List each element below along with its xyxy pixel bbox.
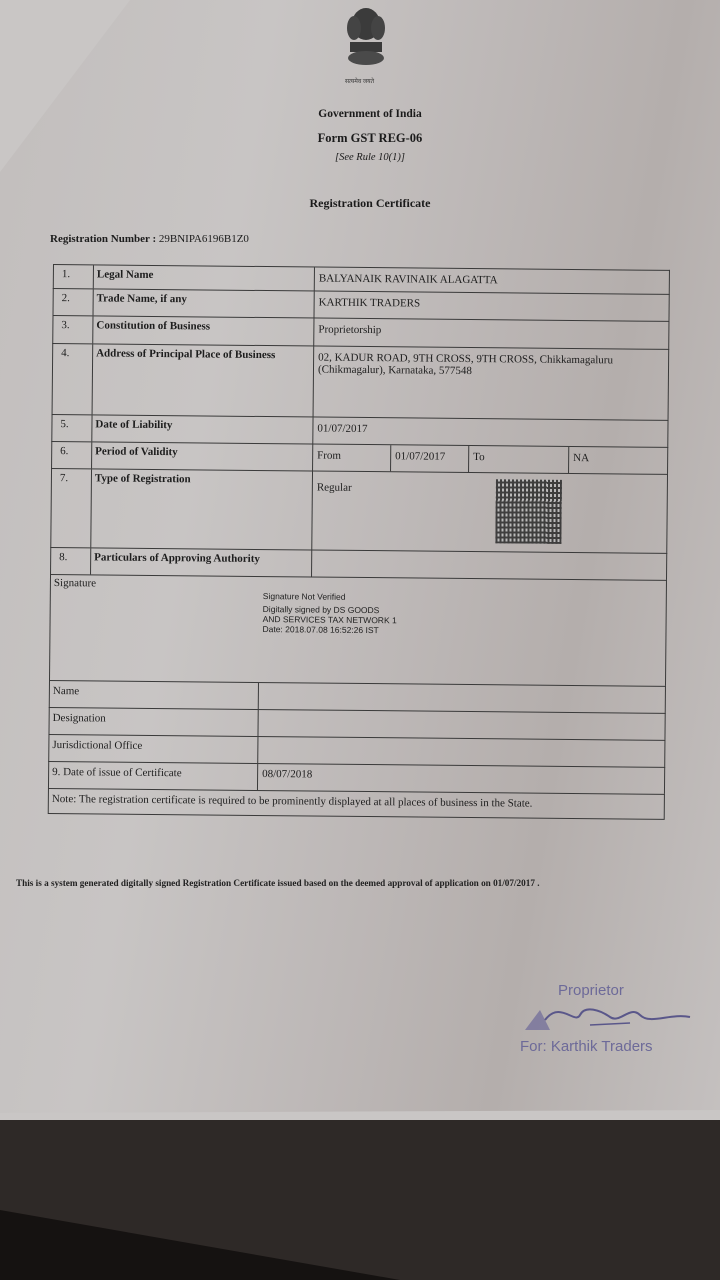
address-value: 02, KADUR ROAD, 9TH CROSS, 9TH CROSS, Ch… <box>314 347 669 420</box>
row-number: 8. <box>51 548 91 574</box>
jurisdictional-office-value <box>258 737 664 767</box>
row-label: Constitution of Business <box>93 316 314 345</box>
issue-date-value: 08/07/2018 <box>258 764 664 794</box>
rule-reference: [See Rule 10(1)] <box>0 152 720 163</box>
row-number: 2. <box>54 289 94 315</box>
issue-date-label: 9. Date of issue of Certificate <box>49 762 258 790</box>
designation-value <box>258 710 664 740</box>
registration-number-value: 29BNIPA6196B1Z0 <box>159 233 249 245</box>
signature-status: Signature Not Verified <box>263 591 397 602</box>
validity-to-label: To <box>469 446 569 473</box>
signature-box: Signature Signature Not Verified Digital… <box>49 574 667 686</box>
stamp-company: For: Karthik Traders <box>520 1038 653 1055</box>
row-label: Date of Liability <box>92 415 313 443</box>
registration-number-label: Registration Number : <box>50 233 156 245</box>
signature-label: Signature <box>54 577 96 589</box>
national-emblem-icon <box>340 4 392 74</box>
row-number: 3. <box>53 316 93 343</box>
authority-name-value <box>259 683 665 713</box>
date-of-liability-value: 01/07/2017 <box>313 418 667 447</box>
row-label: Legal Name <box>94 265 315 290</box>
registration-type-value: Regular <box>312 472 667 553</box>
designation-label: Designation <box>49 708 258 736</box>
row-number: 5. <box>52 415 92 441</box>
row-number: 4. <box>53 344 94 414</box>
validity-period: From 01/07/2017 To NA <box>313 445 667 474</box>
jurisdictional-office-label: Jurisdictional Office <box>49 735 258 763</box>
signature-date: Date: 2018.07.08 16:52:26 IST <box>262 624 396 635</box>
certificate-title: Registration Certificate <box>0 196 720 211</box>
certificate-table: 1. Legal Name BALYANAIK RAVINAIK ALAGATT… <box>48 264 670 820</box>
desk-surface <box>0 1210 720 1280</box>
validity-to-value: NA <box>569 447 667 474</box>
emblem-motto: सत्यमेव जयते <box>345 77 374 85</box>
row-label: Address of Principal Place of Business <box>93 344 315 416</box>
qr-code-icon <box>495 479 562 544</box>
row-label: Trade Name, if any <box>94 289 315 317</box>
authority-name-label: Name <box>50 681 259 709</box>
row-label: Particulars of Approving Authority <box>91 548 312 576</box>
row-number: 6. <box>52 442 92 468</box>
row-label: Type of Registration <box>91 469 313 549</box>
validity-from-label: From <box>313 445 391 472</box>
validity-from-value: 01/07/2017 <box>391 445 469 472</box>
digital-signature-block: Signature Not Verified Digitally signed … <box>262 591 397 635</box>
registration-number: Registration Number : 29BNIPA6196B1Z0 <box>50 233 249 245</box>
trade-name-value: KARTHIK TRADERS <box>314 292 668 321</box>
legal-name-value: BALYANAIK RAVINAIK ALAGATTA <box>315 268 669 294</box>
row-label: Period of Validity <box>92 442 313 470</box>
form-heading: Form GST REG-06 <box>0 131 720 146</box>
row-number: 7. <box>51 469 92 547</box>
system-generated-footer: This is a system generated digitally sig… <box>16 878 540 888</box>
handwritten-signature-icon <box>520 995 700 1035</box>
row-number: 1. <box>54 265 94 288</box>
government-heading: Government of India <box>0 108 720 120</box>
constitution-value: Proprietorship <box>314 319 668 349</box>
table-row: 4. Address of Principal Place of Busines… <box>52 343 670 420</box>
approving-authority-value <box>312 551 666 580</box>
table-row: 7. Type of Registration Regular <box>50 468 668 553</box>
